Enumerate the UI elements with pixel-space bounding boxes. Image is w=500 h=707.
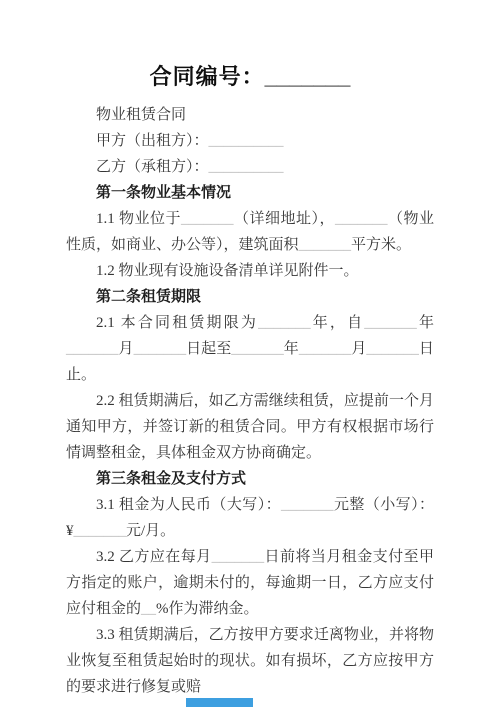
paragraph: 乙方（承租方）：__________ xyxy=(66,154,434,180)
section-heading: 第三条租金及支付方式 xyxy=(66,466,434,492)
blank-line: _______ xyxy=(134,341,187,357)
blank-line: _______ xyxy=(231,341,284,357)
blank-line: _______ xyxy=(74,523,127,539)
blank-line: _______ xyxy=(299,237,352,253)
blank-line: _______ xyxy=(364,315,417,331)
blank-line: _______ xyxy=(366,341,419,357)
paragraph: 2.2 租赁期满后，如乙方需继续租赁，应提前一个月通知甲方，并签订新的租赁合同。… xyxy=(66,388,434,466)
paragraph: 3.1 租金为人民币（大写）：_______元整（小写）：¥_______元/月… xyxy=(66,492,434,544)
blank-line: _______ xyxy=(212,549,265,565)
paragraph: 3.2 乙方应在每月_______日前将当月租金支付至甲方指定的账户，逾期未付的… xyxy=(66,544,434,622)
blank-line: _______ xyxy=(299,341,352,357)
blank-line: __ xyxy=(141,601,156,617)
paragraph: 1.1 物业位于_______（详细地址），_______（物业性质，如商业、办… xyxy=(66,206,434,258)
section-heading: 第一条物业基本情况 xyxy=(66,180,434,206)
paragraph: 物业租赁合同 xyxy=(66,102,434,128)
section-heading: 第二条租赁期限 xyxy=(66,284,434,310)
blank-line: __________ xyxy=(209,159,284,175)
blank-line: _______ xyxy=(258,315,311,331)
paragraph: 1.2 物业现有设施设备清单详见附件一。 xyxy=(66,258,434,284)
paragraph: 3.3 租赁期满后，乙方按甲方要求迁离物业，并将物业恢复至租赁起始时的现状。如有… xyxy=(66,622,434,700)
blank-line: _______ xyxy=(335,211,388,227)
contract-body: 物业租赁合同甲方（出租方）：__________乙方（承租方）：________… xyxy=(66,102,434,700)
paragraph: 2.1 本合同租赁期限为_______年，自_______年_______月__… xyxy=(66,310,434,388)
blank-line: __________ xyxy=(209,133,284,149)
blank-line: _______ xyxy=(181,211,234,227)
contract-number-blank-line: _______ xyxy=(265,64,351,89)
blank-line: _______ xyxy=(281,497,334,513)
paragraph: 甲方（出租方）：__________ xyxy=(66,128,434,154)
contract-number-title: 合同编号：_______ xyxy=(0,64,500,90)
contract-number-label: 合同编号： xyxy=(150,64,265,89)
contract-document-page: 合同编号：_______ 物业租赁合同甲方（出租方）：__________乙方（… xyxy=(0,0,500,707)
blank-line: _______ xyxy=(66,341,119,357)
bottom-accent-bar xyxy=(186,698,253,707)
